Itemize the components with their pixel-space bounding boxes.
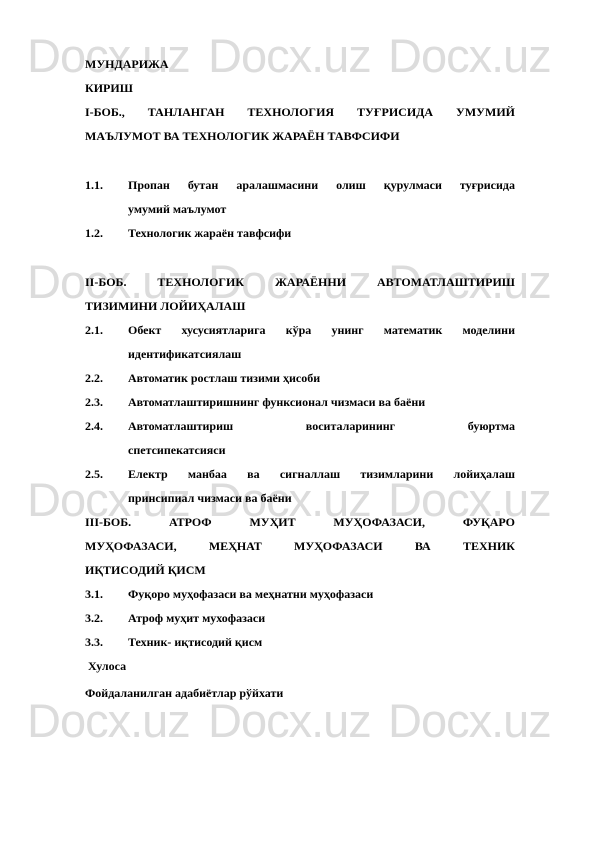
- toc-title: МУНДАРИЖА: [85, 52, 515, 76]
- chapter-3-heading-line: МУҲОФАЗАСИ, МЕҲНАТ МУҲОФАЗАСИ ВА ТЕХНИК: [85, 534, 515, 558]
- toc-references: Фойдаланилган адабиётлар рўйхати: [85, 681, 515, 705]
- item-number: 3.3.: [85, 630, 128, 654]
- chapter-1-heading: I-БОБ., ТАНЛАНГАН ТЕХНОЛОГИЯ ТУҒРИСИДА У…: [85, 100, 515, 148]
- toc-item-3-2: 3.2. Атроф муҳит мухофазаси: [85, 606, 515, 630]
- item-title: Технологик жараён тавфсифи: [128, 221, 515, 245]
- item-number: 2.5.: [85, 462, 128, 510]
- toc-item-1-2: 1.2. Технологик жараён тавфсифи: [85, 221, 515, 245]
- item-title: Автоматлаштиришнинг функсионал чизмаси в…: [128, 390, 515, 414]
- chapter-1-heading-line: I-БОБ., ТАНЛАНГАН ТЕХНОЛОГИЯ ТУҒРИСИДА У…: [85, 100, 515, 124]
- item-number: 3.2.: [85, 606, 128, 630]
- item-title: Електр манбаа ва сигналлаш тизимларини л…: [128, 462, 515, 486]
- item-title: принсипиал чизмаси ва баёни: [128, 486, 515, 510]
- item-title: Обект хусусиятларига кўра унинг математи…: [128, 318, 515, 342]
- item-number: 1.2.: [85, 221, 128, 245]
- toc-item-1-1: 1.1. Пропан бутан аралашмасини олиш қуру…: [85, 173, 515, 221]
- chapter-3-heading-line: III-БОБ. АТРОФ МУҲИТ МУҲОФАЗАСИ, ФУҚАРО: [85, 510, 515, 534]
- chapter-1-heading-line: МАЪЛУМОТ ВА ТЕХНОЛОГИК ЖАРАЁН ТАВФСИФИ: [85, 124, 515, 148]
- chapter-2-heading-line: ТИЗИМИНИ ЛОЙИҲАЛАШ: [85, 294, 515, 318]
- item-number: 3.1.: [85, 582, 128, 606]
- item-title: Автоматик ростлаш тизими ҳисоби: [128, 366, 515, 390]
- toc-intro: КИРИШ: [85, 76, 515, 100]
- toc-item-3-3: 3.3. Техник- иқтисодий қисм: [85, 630, 515, 654]
- toc-item-2-5: 2.5. Електр манбаа ва сигналлаш тизимлар…: [85, 462, 515, 510]
- toc-item-3-1: 3.1. Фуқоро муҳофазаси ва меҳнатни муҳоф…: [85, 582, 515, 606]
- item-number: 1.1.: [85, 173, 128, 221]
- item-title: Атроф муҳит мухофазаси: [128, 606, 515, 630]
- item-title: Пропан бутан аралашмасини олиш қурулмаси…: [128, 173, 515, 197]
- item-title: Автоматлаштириш воситаларининг буюртма: [128, 414, 515, 438]
- chapter-3-heading-line: ИҚТИСОДИЙ ҚИСМ: [85, 558, 515, 582]
- toc-conclusion: Хулоса: [85, 654, 515, 678]
- item-title: Фуқоро муҳофазаси ва меҳнатни муҳофазаси: [128, 582, 515, 606]
- toc-item-2-2: 2.2. Автоматик ростлаш тизими ҳисоби: [85, 366, 515, 390]
- item-title: умумий маълумот: [128, 197, 515, 221]
- item-title: Техник- иқтисодий қисм: [128, 630, 515, 654]
- item-title: спетсипекатсияси: [128, 438, 515, 462]
- toc-item-2-4: 2.4. Автоматлаштириш воситаларининг буюр…: [85, 414, 515, 462]
- item-title: идентификатсиялаш: [128, 342, 515, 366]
- item-number: 2.1.: [85, 318, 128, 366]
- chapter-2-heading: II-БОБ. ТЕХНОЛОГИК ЖАРАЁННИ АВТОМАТЛАШТИ…: [85, 270, 515, 318]
- chapter-2-heading-line: II-БОБ. ТЕХНОЛОГИК ЖАРАЁННИ АВТОМАТЛАШТИ…: [85, 270, 515, 294]
- table-of-contents: МУНДАРИЖА КИРИШ I-БОБ., ТАНЛАНГАН ТЕХНОЛ…: [85, 52, 515, 705]
- item-number: 2.3.: [85, 390, 128, 414]
- toc-item-2-1: 2.1. Обект хусусиятларига кўра унинг мат…: [85, 318, 515, 366]
- item-number: 2.2.: [85, 366, 128, 390]
- item-number: 2.4.: [85, 414, 128, 462]
- chapter-3-heading: III-БОБ. АТРОФ МУҲИТ МУҲОФАЗАСИ, ФУҚАРО …: [85, 510, 515, 582]
- toc-item-2-3: 2.3. Автоматлаштиришнинг функсионал чизм…: [85, 390, 515, 414]
